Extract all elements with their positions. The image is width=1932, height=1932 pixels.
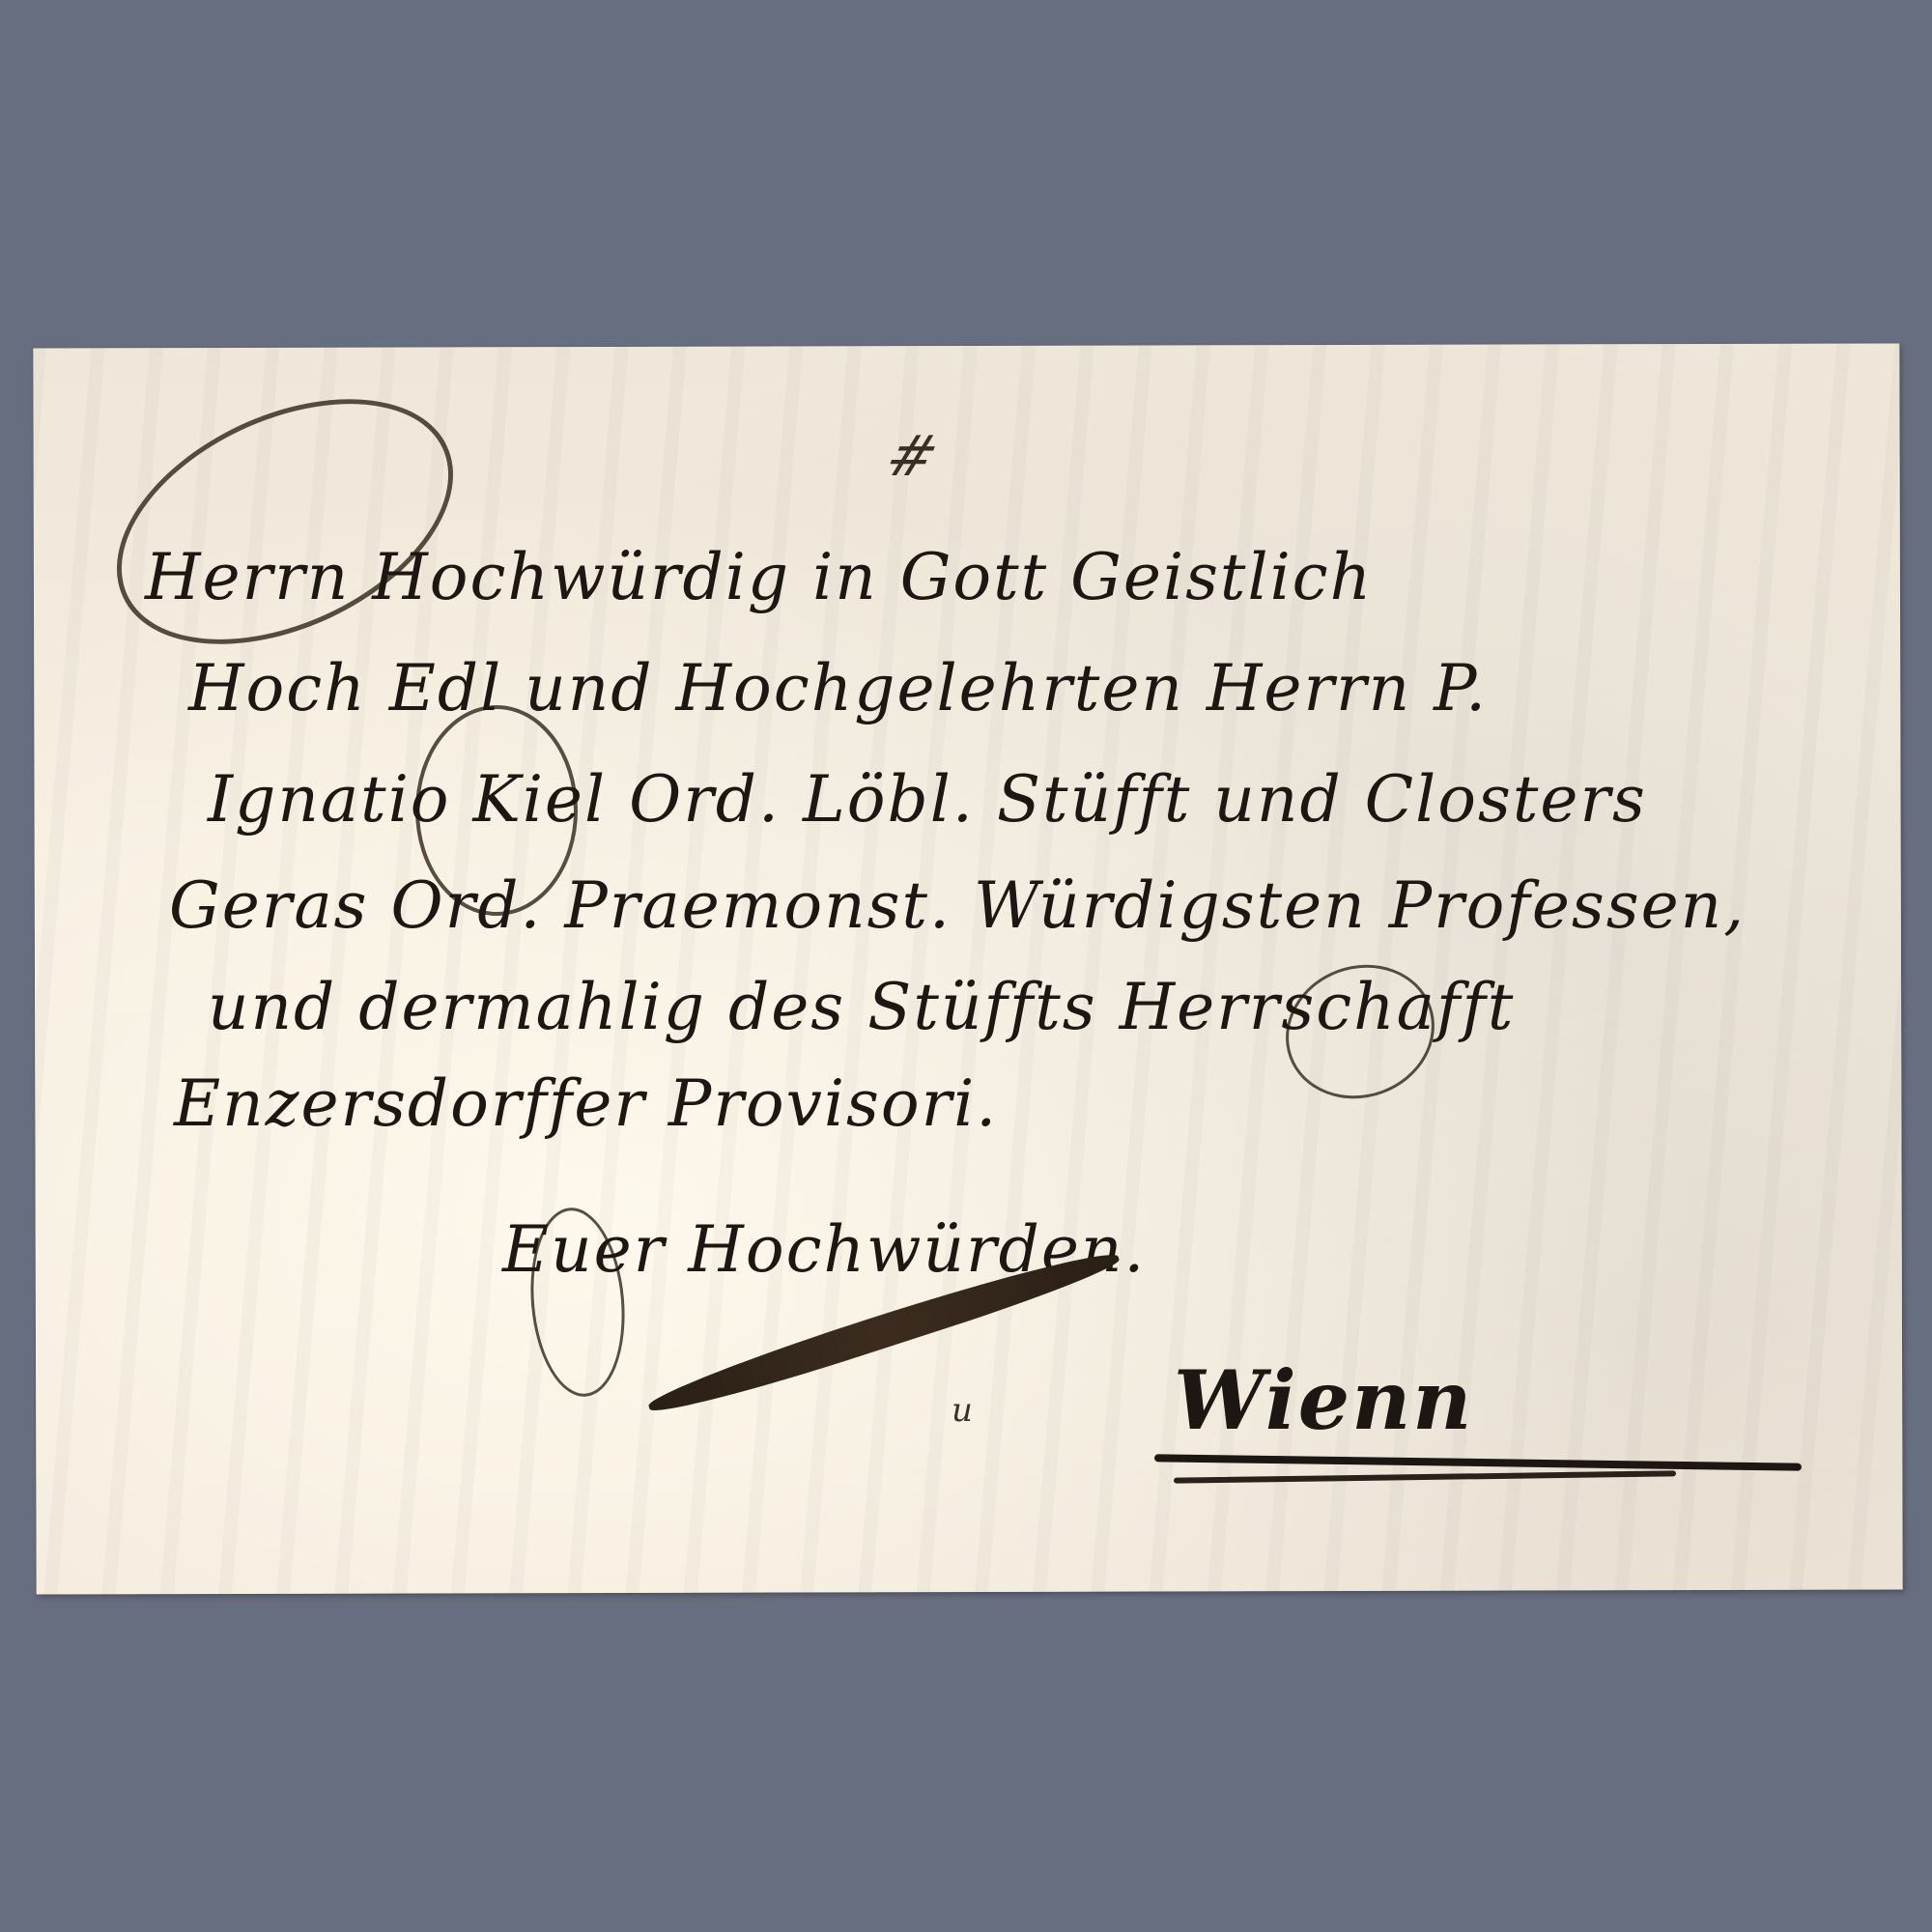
address-line-3: Ignatio Kiel Ord. Löbl. Stüfft und Clost…	[208, 768, 1647, 832]
address-line-1: Herrn Hochwürdig in Gott Geistlich	[145, 546, 1373, 610]
address-line-6: Enzersdorffer Provisori.	[174, 1072, 998, 1136]
small-mark: u	[952, 1391, 975, 1430]
destination-city: Wienn	[1174, 1352, 1473, 1448]
address-line-4: Geras Ord. Praemonst. Würdigsten Profess…	[169, 874, 1746, 938]
address-line-2: Hoch Edl und Hochgelehrten Herrn P.	[188, 657, 1488, 721]
address-line-5: und dermahlig des Stüffts Herrschafft	[208, 976, 1515, 1039]
slate-background: # Herrn Hochwürdig in Gott Geistlich Hoc…	[0, 0, 1932, 1932]
